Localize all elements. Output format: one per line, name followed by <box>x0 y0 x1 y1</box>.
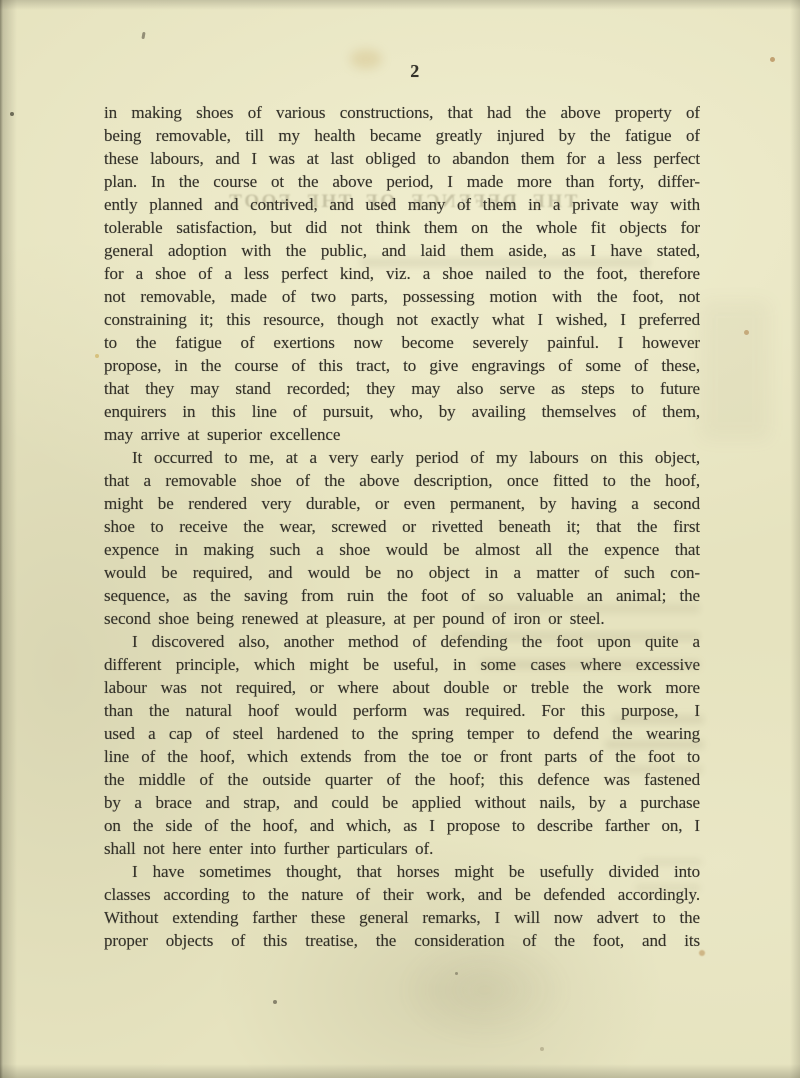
text-line: being removable, till my health became g… <box>104 124 700 147</box>
text-line: propose, in the course of this tract, to… <box>104 354 700 377</box>
text-line: I discovered also, another method of def… <box>104 630 700 653</box>
text-line: would be required, and would be no objec… <box>104 561 700 584</box>
text-line: not removable, made of two parts, posses… <box>104 285 700 308</box>
text-line: than the natural hoof would perform was … <box>104 699 700 722</box>
paper-speck <box>744 330 749 335</box>
text-line: sequence, as the saving from ruin the fo… <box>104 584 700 607</box>
text-line: enquirers in this line of pursuit, who, … <box>104 400 700 423</box>
text-line: used a cap of steel hardened to the spri… <box>104 722 700 745</box>
text-line: shall not here enter into further partic… <box>104 837 700 860</box>
paper-speck <box>273 1000 277 1004</box>
text-line: plan. In the course ot the above period,… <box>104 170 700 193</box>
paper-speck <box>455 972 458 975</box>
text-line: that a removable shoe of the above descr… <box>104 469 700 492</box>
text-line: It occurred to me, at a very early perio… <box>104 446 700 469</box>
text-line: constraining it; this resource, though n… <box>104 308 700 331</box>
text-line: the middle of the outside quarter of the… <box>104 768 700 791</box>
text-line: tolerable satisfaction, but did not thin… <box>104 216 700 239</box>
text-line: second shoe being renewed at pleasure, a… <box>104 607 700 630</box>
text-line: by a brace and strap, and could be appli… <box>104 791 700 814</box>
text-line: to the fatigue of exertions now become s… <box>104 331 700 354</box>
text-line: might be rendered very durable, or even … <box>104 492 700 515</box>
paper-speck <box>95 354 99 358</box>
text-line: line of the hoof, which extends from the… <box>104 745 700 768</box>
page-number: 2 <box>104 61 700 82</box>
text-line: proper objects of this treatise, the con… <box>104 929 700 952</box>
text-line: I have sometimes thought, that horses mi… <box>104 860 700 883</box>
paragraph: in making shoes of various constructions… <box>104 101 700 446</box>
text-line: that they may stand recorded; they may a… <box>104 377 700 400</box>
text-line: may arrive at superior excellence <box>104 423 700 446</box>
text-line: labour was not required, or where about … <box>104 676 700 699</box>
text-line: on the side of the hoof, and which, as I… <box>104 814 700 837</box>
paper-speck <box>770 57 775 62</box>
paragraph: I have sometimes thought, that horses mi… <box>104 860 700 952</box>
book-page-scan: 2 THE DEFENCE OF THE FOOT in making shoe… <box>0 0 800 1078</box>
ghost-showthrough-smudge <box>700 300 770 440</box>
text-line: different principle, which might be usef… <box>104 653 700 676</box>
paper-speck <box>540 1047 544 1051</box>
text-line: classes according to the nature of their… <box>104 883 700 906</box>
text-line: in making shoes of various constructions… <box>104 101 700 124</box>
paragraph: It occurred to me, at a very early perio… <box>104 446 700 630</box>
text-block: in making shoes of various constructions… <box>104 101 700 952</box>
text-line: Without extending farther these general … <box>104 906 700 929</box>
text-line: shoe to receive the wear, screwed or riv… <box>104 515 700 538</box>
text-line: general adoption with the public, and la… <box>104 239 700 262</box>
text-line: ently planned and contrived, and used ma… <box>104 193 700 216</box>
text-line: these labours, and I was at last obliged… <box>104 147 700 170</box>
paper-speck <box>10 112 14 116</box>
paper-speck <box>141 32 145 39</box>
text-line: expence in making such a shoe would be a… <box>104 538 700 561</box>
text-line: for a shoe of a less perfect kind, viz. … <box>104 262 700 285</box>
paragraph: I discovered also, another method of def… <box>104 630 700 860</box>
